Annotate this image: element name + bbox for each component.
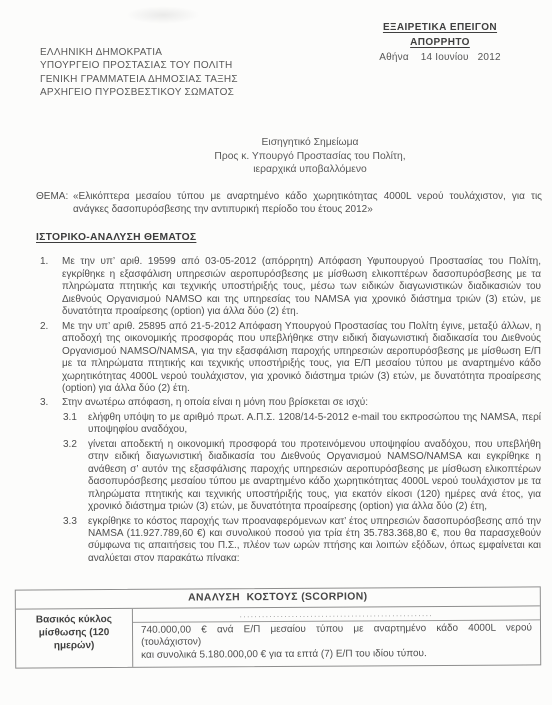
subject-line: ΘΕΜΑ: «Ελικόπτερα μεσαίου τύπου με αναρτ… [36,190,542,216]
item-number: 2. [36,321,62,396]
letterhead-line-fire-corps: ΑΡΧΗΓΕΙΟ ΠΥΡΟΣΒΕΣΤΙΚΟΥ ΣΩΜΑΤΟΣ [40,86,238,99]
item-text: Με την υπ’ αριθ. 25895 από 21-5-2012 Από… [62,321,541,396]
section-heading: ΙΣΤΟΡΙΚΟ-ΑΝΑΛΥΣΗ ΘΕΜΑΤΟΣ [36,232,541,244]
item-text: Με την υπ’ αριθ. 19599 από 03-05-2012 (α… [62,256,541,318]
urgency-label: ΕΞΑΙΡΕΤΙΚΑ ΕΠΕΙΓΟΝ [340,21,540,36]
item-number: 1. [36,256,62,318]
item-text: ελήφθη υπόψη το με αριθμό πρωτ. Α.Π.Σ. 1… [88,412,541,437]
letterhead-line-ministry: ΥΠΟΥΡΓΕΙΟ ΠΡΟΣΤΑΣΙΑΣ ΤΟΥ ΠΟΛΙΤΗ [40,59,238,72]
scan-smudge [126,6,200,24]
item-number: 3.1 [63,412,88,437]
cost-line-total: και συνολικά 5.180.000,00 € για τα επτά … [141,647,532,662]
history-subitem-3-3: 3.3 εγκρίθηκε το κόστος παροχής των προα… [63,516,541,566]
memo-recipient: Προς κ. Υπουργό Προστασίας του Πολίτη, [60,150,552,164]
history-section: ΙΣΤΟΡΙΚΟ-ΑΝΑΛΥΣΗ ΘΕΜΑΤΟΣ 1. Με την υπ’ α… [36,232,541,567]
cost-text-cell: 740.000,00 € ανά Ε/Π μεσαίου τύπου με αν… [133,620,540,667]
letterhead: ΕΛΛΗΝΙΚΗ ΔΗΜΟΚΡΑΤΙΑ ΥΠΟΥΡΓΕΙΟ ΠΡΟΣΤΑΣΙΑΣ… [40,46,238,100]
history-item-3: 3. Στην ανωτέρω απόφαση, η οποία είναι η… [36,397,541,409]
memo-heading: Εισηγητικό Σημείωμα Προς κ. Υπουργό Προσ… [60,136,552,177]
secrecy-label: ΑΠΟΡΡΗΤΟ [340,36,540,51]
cost-table-row: Βασικός κύκλος μίσθωσης (120 ημερών) ...… [16,606,540,667]
cost-row-content: ........................................… [133,606,540,667]
classification-block: ΕΞΑΙΡΕΤΙΚΑ ΕΠΕΙΓΟΝ ΑΠΟΡΡΗΤΟ Αθήνα 14 Ιου… [340,21,540,66]
subject-label: ΘΕΜΑ: [36,190,73,216]
item-text: γίνεται αποδεκτή η οικονομική προσφορά τ… [88,439,541,514]
history-subitem-3-1: 3.1 ελήφθη υπόψη το με αριθμό πρωτ. Α.Π.… [63,412,541,437]
item-text: εγκρίθηκε το κόστος παροχής των προαναφε… [88,516,541,566]
history-item-1: 1. Με την υπ’ αριθ. 19599 από 03-05-2012… [36,256,541,318]
memo-submission-note: ιεραρχικά υποβαλλόμενο [60,163,552,177]
item-number: 3.3 [63,516,88,566]
scanned-document-page: ΕΞΑΙΡΕΤΙΚΑ ΕΠΕΙΓΟΝ ΑΠΟΡΡΗΤΟ Αθήνα 14 Ιου… [0,0,552,705]
date-line: Αθήνα 14 Ιουνίου 2012 [340,51,540,66]
item-text: Στην ανωτέρω απόφαση, η οποία είναι η μό… [62,397,541,409]
letterhead-line-secretariat: ΓΕΝΙΚΗ ΓΡΑΜΜΑΤΕΙΑ ΔΗΜΟΣΙΑΣ ΤΑΞΗΣ [40,73,238,86]
item-number: 3. [36,397,62,409]
letterhead-line-republic: ΕΛΛΗΝΙΚΗ ΔΗΜΟΚΡΑΤΙΑ [40,46,238,59]
memo-title: Εισηγητικό Σημείωμα [60,136,552,150]
history-subitem-3-2: 3.2 γίνεται αποδεκτή η οικονομική προσφο… [63,439,541,514]
cost-row-label: Βασικός κύκλος μίσθωσης (120 ημερών) [16,609,133,668]
cost-analysis-table: ΑΝΑΛΥΣΗ ΚΟΣΤΟΥΣ (SCORPION) Βασικός κύκλο… [15,586,541,668]
subject-text: «Ελικόπτερα μεσαίου τύπου με αναρτημένο … [73,190,542,216]
history-item-2: 2. Με την υπ’ αριθ. 25895 από 21-5-2012 … [36,321,541,396]
item-number: 3.2 [63,439,88,514]
